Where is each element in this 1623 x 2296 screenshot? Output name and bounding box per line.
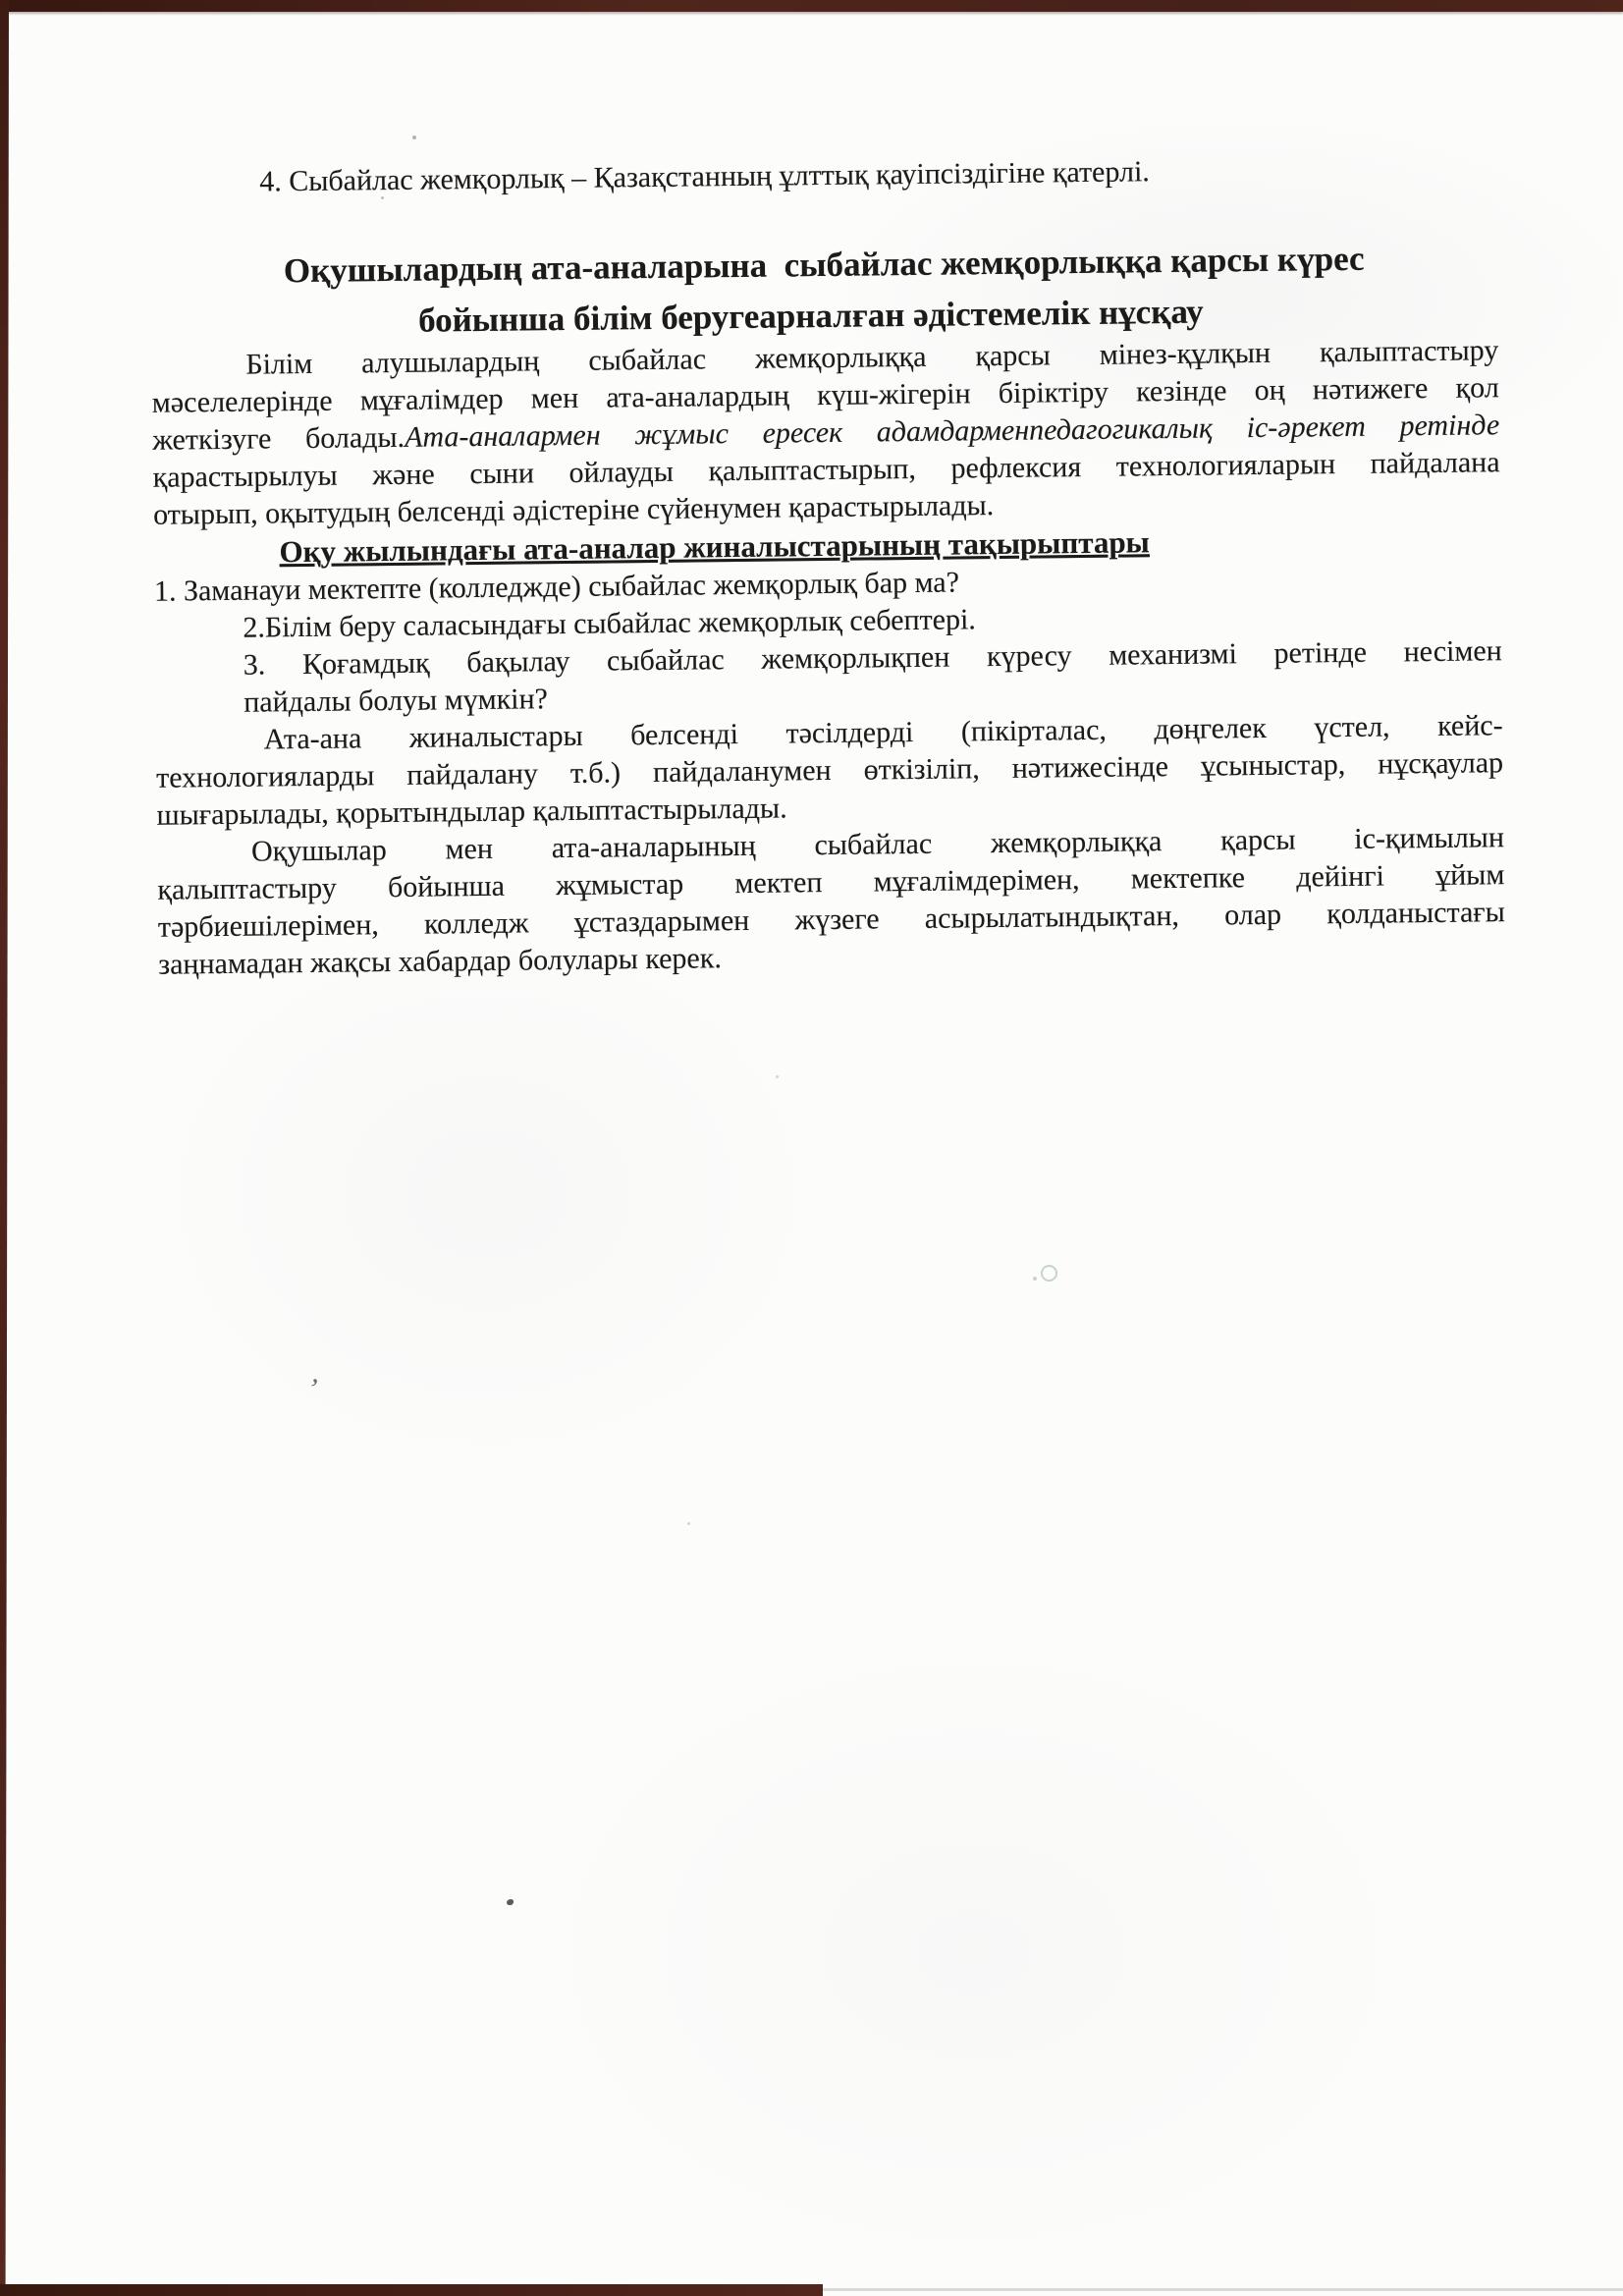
scan-edge-left — [0, 0, 9, 2296]
scan-speck — [776, 1075, 779, 1078]
scan-edge-top — [0, 0, 1623, 12]
scan-edge-bottom-right — [823, 2288, 1623, 2291]
paragraph1-line3-normal: жеткізуге болады. — [152, 421, 405, 457]
scan-speck-teal — [1041, 1265, 1057, 1282]
scan-speck — [412, 136, 416, 139]
document-text-column: 4. Сыбайлас жемқорлық – Қазақстанның ұлт… — [149, 149, 1505, 984]
scanned-page: ’ 4. Сыбайлас жемқорлық – Қазақстанның ұ… — [0, 0, 1623, 2296]
scan-speck-apostrophe: ’ — [305, 1372, 322, 1406]
document-title-line1: Оқушылардың ата-аналарына сыбайлас жемқо… — [150, 234, 1497, 296]
scan-edge-bottom-left — [0, 2284, 823, 2296]
scan-speck — [507, 1899, 514, 1905]
intro-line: 4. Сыбайлас жемқорлық – Қазақстанның ұлт… — [259, 149, 1496, 200]
scan-speck — [687, 1522, 690, 1525]
scan-speck-teal — [1033, 1277, 1037, 1281]
